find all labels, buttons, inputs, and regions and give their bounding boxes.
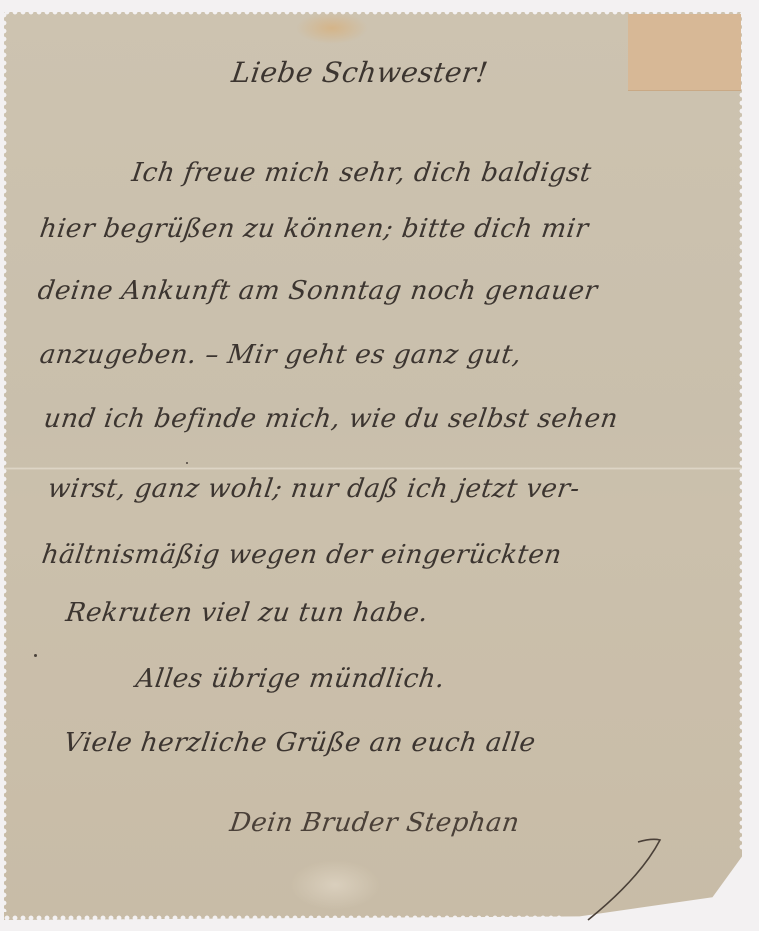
letter-line-7: hältnismäßig wegen der eingerückten [40,540,564,570]
paper-stain-lower [290,860,380,910]
letter-line-3: deine Ankunft am Sonntag noch genauer [36,276,600,306]
letter-signature: Dein Bruder Stephan [228,808,522,838]
paper-stain [296,12,368,44]
letter-line-10: Viele herzliche Grüße an euch alle [62,728,538,758]
perforated-edge-bottom [4,915,564,921]
signature-flourish [580,838,670,923]
perforated-edge-left [1,12,7,912]
perforated-edge-right [739,12,745,852]
letter-line-5: und ich befinde mich, wie du selbst sehe… [42,404,620,434]
stamp-area [628,14,741,91]
letter-line-2: hier begrüßen zu können; bitte dich mir [38,214,591,244]
letter-sheet [4,12,742,920]
letter-line-9: Alles übrige mündlich. [134,664,447,694]
letter-salutation: Liebe Schwester! [230,56,490,89]
letter-line-8: Rekruten viel zu tun habe. [64,598,430,628]
letter-line-1: Ich freue mich sehr, dich baldigst [130,158,593,188]
ink-speck [34,654,37,657]
letter-line-6: wirst, ganz wohl; nur daß ich jetzt ver- [46,474,582,504]
ink-speck [186,462,188,464]
fold-line [4,467,742,470]
letter-line-4: anzugeben. – Mir geht es ganz gut, [38,340,524,370]
